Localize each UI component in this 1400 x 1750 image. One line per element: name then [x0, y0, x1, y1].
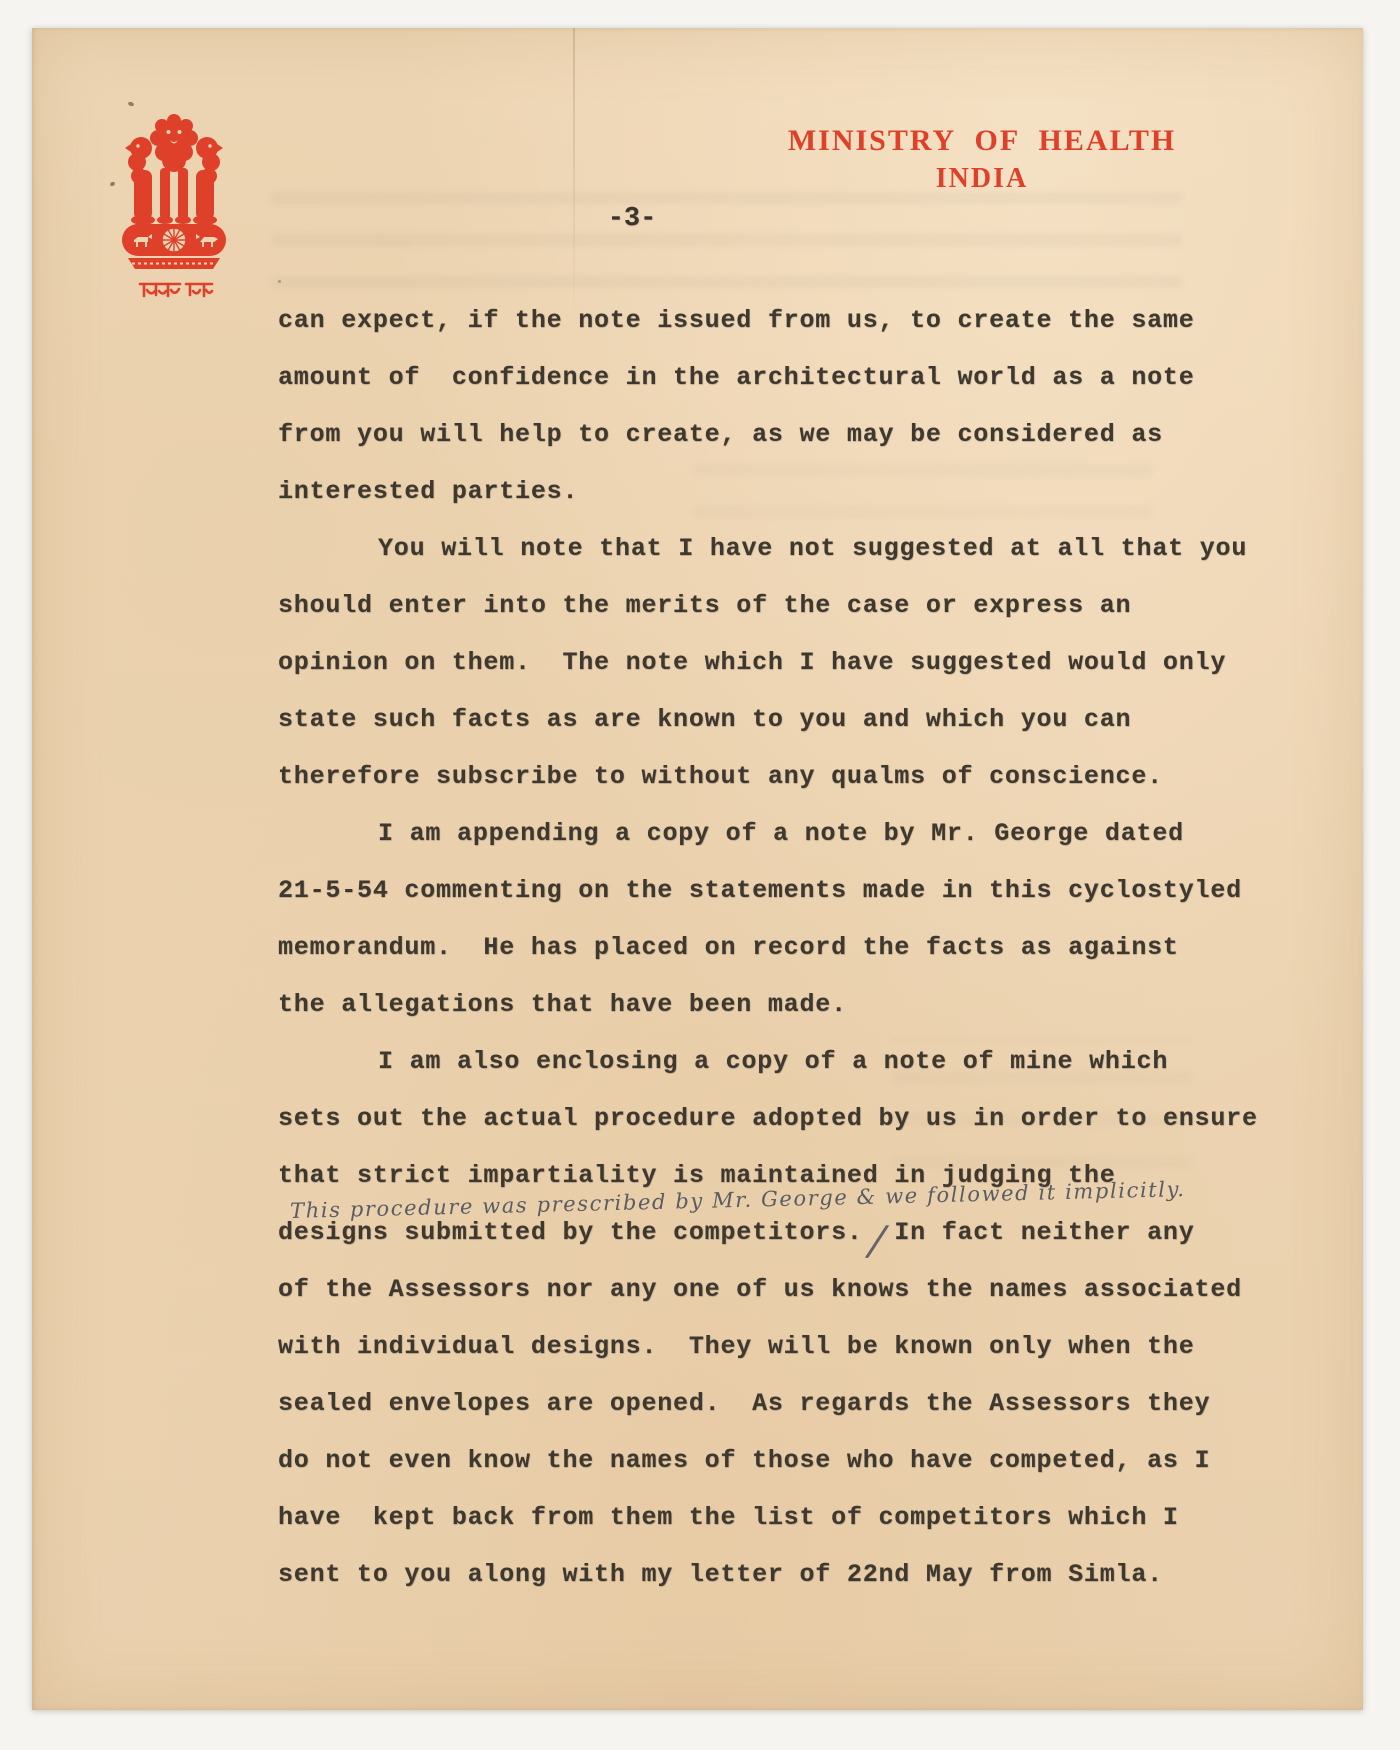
letter-body: can expect, if the note issued from us, …	[278, 292, 1238, 1603]
typed-line: therefore subscribe to without any qualm…	[278, 748, 1238, 805]
typed-line: amount of confidence in the architectura…	[278, 349, 1238, 406]
typed-line: the allegations that have been made.	[278, 976, 1238, 1033]
page-number: -3-	[572, 204, 692, 234]
typed-line: state such facts as are known to you and…	[278, 691, 1238, 748]
paper-speck	[278, 280, 281, 283]
typed-line: of the Assessors nor any one of us knows…	[278, 1261, 1238, 1318]
typed-line: should enter into the merits of the case…	[278, 577, 1238, 634]
ashoka-lion-capital-emblem	[116, 108, 232, 318]
ministry-title: MINISTRY OF HEALTH	[722, 124, 1242, 158]
ministry-country: INDIA	[722, 163, 1242, 195]
typed-line: memorandum. He has placed on record the …	[278, 919, 1238, 976]
typed-line: 21-5-54 commenting on the statements mad…	[278, 862, 1238, 919]
typed-line: opinion on them. The note which I have s…	[278, 634, 1238, 691]
paper-speck	[127, 101, 134, 107]
typed-line: have kept back from them the list of com…	[278, 1489, 1238, 1546]
typed-line: I am also enclosing a copy of a note of …	[278, 1033, 1238, 1090]
typed-line: can expect, if the note issued from us, …	[278, 292, 1238, 349]
typed-line: sent to you along with my letter of 22nd…	[278, 1546, 1238, 1603]
typed-line: You will note that I have not suggested …	[278, 520, 1238, 577]
paper-speck	[109, 181, 115, 187]
typed-line: interested parties.	[278, 463, 1238, 520]
scan-background: सत्यमेव जयते MINISTRY OF HEALTH INDIA -3…	[0, 0, 1400, 1750]
paper-speck	[1088, 430, 1091, 434]
typed-line: sealed envelopes are opened. As regards …	[278, 1375, 1238, 1432]
typed-line: sets out the actual procedure adopted by…	[278, 1090, 1238, 1147]
letter-page: सत्यमेव जयते MINISTRY OF HEALTH INDIA -3…	[32, 28, 1363, 1710]
paper-fold-line	[573, 28, 575, 328]
typed-line: with individual designs. They will be kn…	[278, 1318, 1238, 1375]
letterhead: MINISTRY OF HEALTH INDIA	[722, 124, 1242, 195]
typed-line: do not even know the names of those who …	[278, 1432, 1238, 1489]
emblem-motto-text: सत्यमेव जयते	[32, 28, 33, 29]
typed-line: from you will help to create, as we may …	[278, 406, 1238, 463]
typed-line: I am appending a copy of a note by Mr. G…	[278, 805, 1238, 862]
